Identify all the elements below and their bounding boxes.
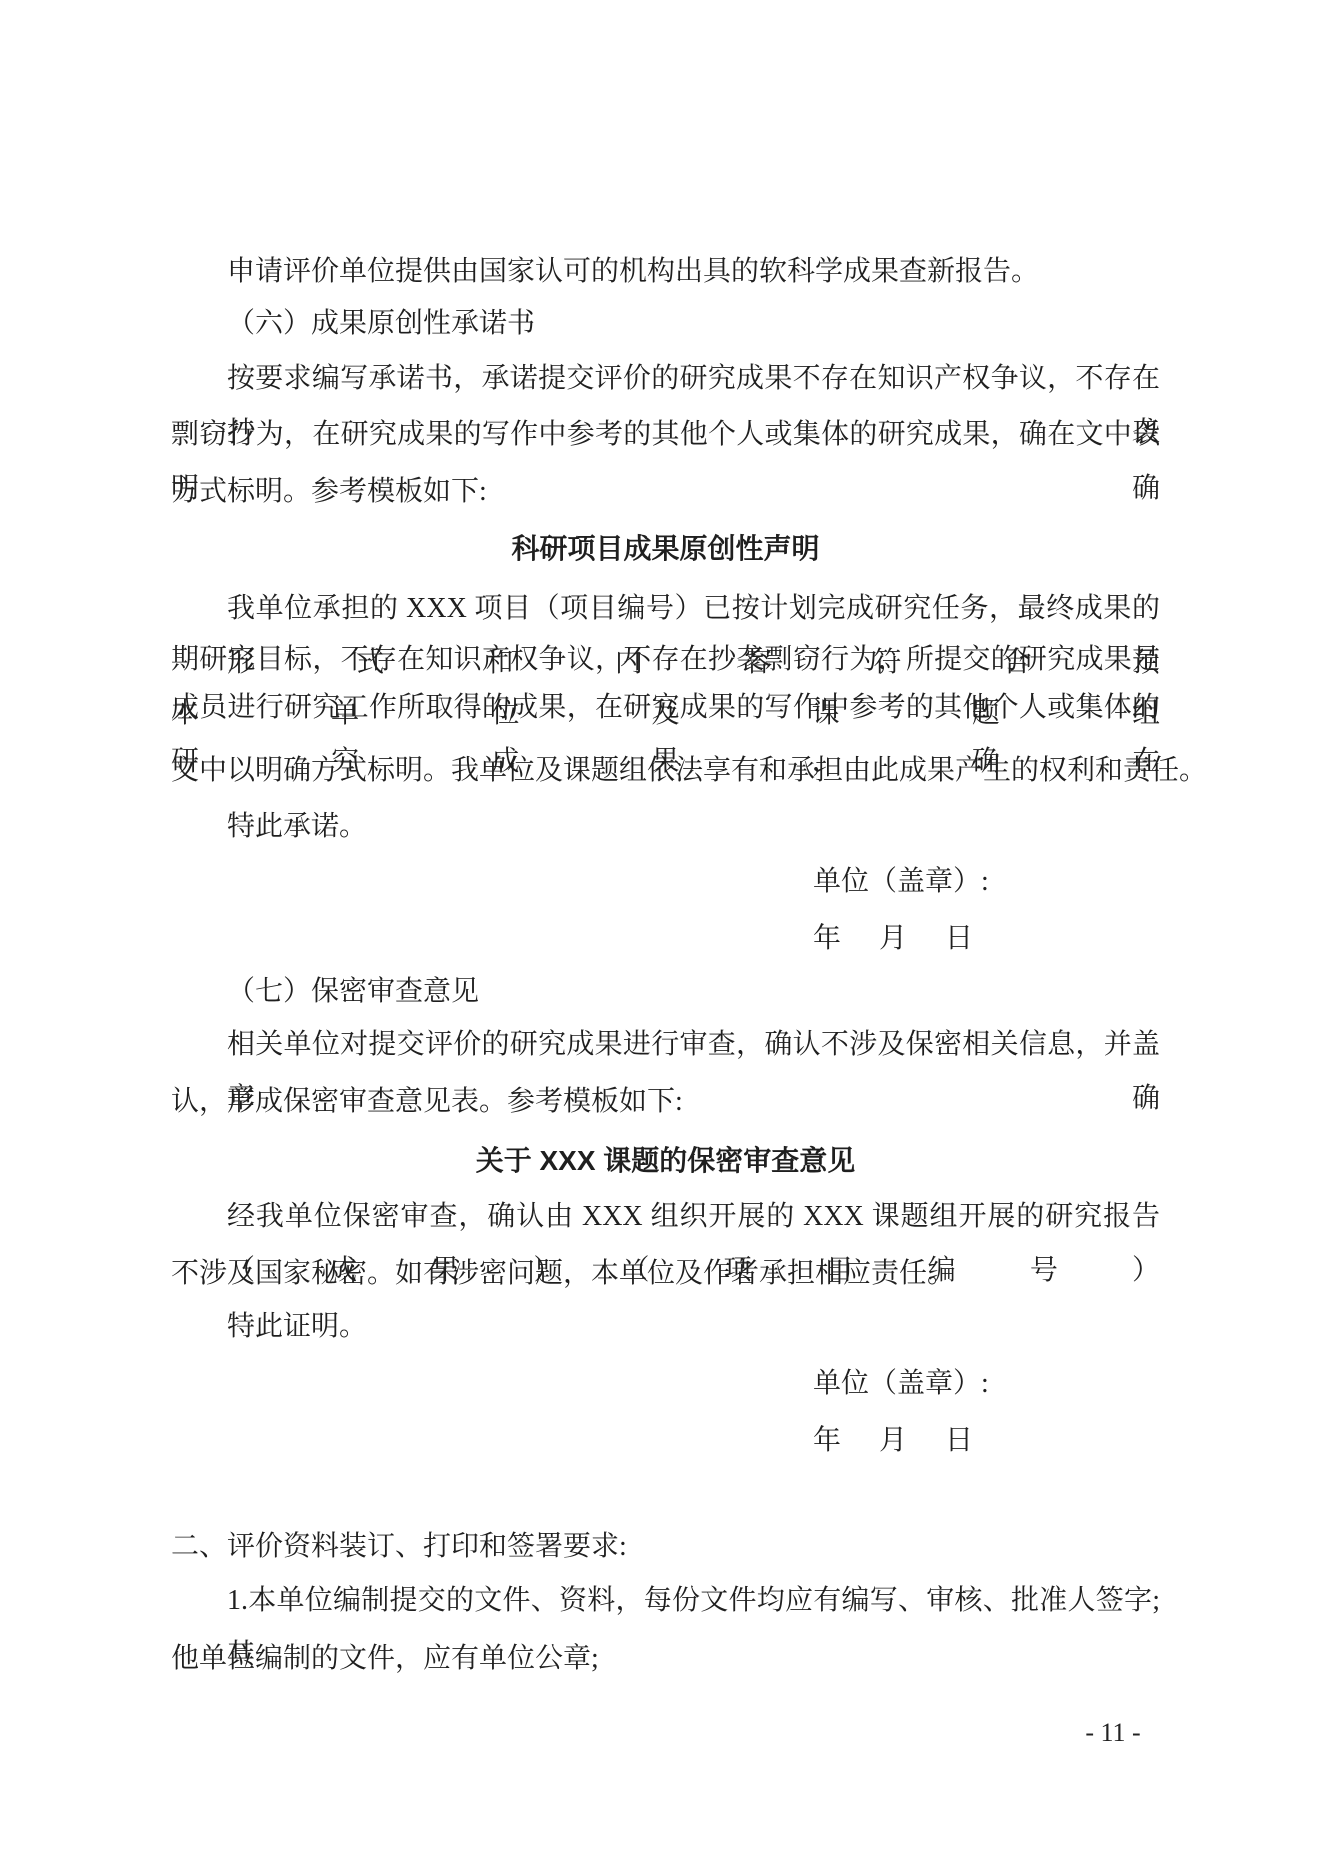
body-line: 我单位承担的 XXX 项目（项目编号）已按计划完成研究任务，最终成果的形式和内容… <box>227 582 1160 636</box>
promise-line: 特此证明。 <box>227 1300 367 1354</box>
body-line: 相关单位对提交评价的研究成果进行审查，确认不涉及保密相关信息，并盖章确 <box>227 1018 1160 1072</box>
section-two-heading: 二、评价资料装订、打印和签署要求: <box>171 1520 627 1574</box>
body-line: 认，形成保密审查意见表。参考模板如下: <box>171 1075 683 1129</box>
body-line: 经我单位保密审查，确认由 XXX 组织开展的 XXX 课题组开展的研究报告（成果… <box>227 1190 1160 1244</box>
date-line: 年 月 日 <box>813 1414 978 1468</box>
seal-label: 单位（盖章）: <box>813 855 989 909</box>
promise-line: 特此承诺。 <box>227 800 367 854</box>
body-line: 他单位编制的文件，应有单位公章; <box>171 1632 599 1686</box>
body-line: 期研究目标，不存在知识产权争议，不存在抄袭剽窃行为，所提交的研究成果是本单位及课… <box>171 633 1160 687</box>
page-number: - 11 - <box>1063 1706 1163 1760</box>
originality-declaration-title: 科研项目成果原创性声明 <box>171 522 1160 576</box>
section-seven-heading: （七）保密审查意见 <box>227 965 479 1019</box>
body-line: 1.本单位编制提交的文件、资料，每份文件均应有编写、审核、批准人签字; 其 <box>227 1574 1160 1628</box>
body-line: 按要求编写承诺书，承诺提交评价的研究成果不存在知识产权争议，不存在抄袭 <box>227 352 1160 406</box>
document-page: 申请评价单位提供由国家认可的机构出具的软科学成果查新报告。 （六）成果原创性承诺… <box>0 0 1323 1871</box>
date-line: 年 月 日 <box>813 912 978 966</box>
body-line: 申请评价单位提供由国家认可的机构出具的软科学成果查新报告。 <box>227 245 1039 299</box>
confidentiality-review-title: 关于 XXX 课题的保密审查意见 <box>171 1134 1160 1188</box>
seal-label: 单位（盖章）: <box>813 1357 989 1411</box>
body-line: 方式标明。参考模板如下: <box>171 465 487 519</box>
section-six-heading: （六）成果原创性承诺书 <box>227 297 535 351</box>
body-line: 剽窃行为，在研究成果的写作中参考的其他个人或集体的研究成果，确在文中以明确 <box>171 408 1160 462</box>
body-line: 不涉及国家秘密。如有涉密问题，本单位及作者承担相应责任。 <box>171 1247 955 1301</box>
body-line: 成员进行研究工作所取得的成果，在研究成果的写作中参考的其他个人或集体的研究成果，… <box>171 681 1160 735</box>
body-line: 文中以明确方式标明。我单位及课题组依法享有和承担由此成果产生的权利和责任。 <box>171 744 1207 798</box>
